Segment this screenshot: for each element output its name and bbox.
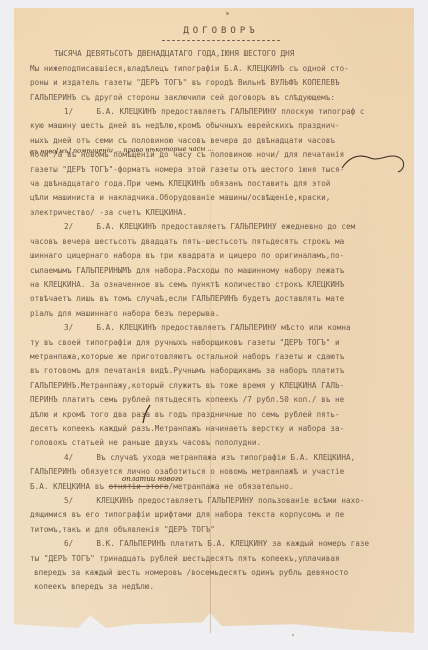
clause-1-line: цѣли машиниста и накладчика.Оборудованiе… [30, 191, 412, 205]
clause-number: 6/ [64, 539, 73, 548]
clause-2-line: шиннаго цицернаго набора въ три квадрата… [30, 249, 412, 263]
clause-3-line: 3/ Б.А. КЛЕЦКИНЪ предоставляетъ ГАЛЬПЕРИ… [30, 321, 412, 335]
clause-2-line: на КЛЕЦКИНА. За означенное въ семъ пункт… [30, 278, 412, 292]
clause-number: 5/ [64, 496, 73, 505]
clause-number: 4/ [64, 453, 73, 462]
preamble-line: Мы нижеподписавшiеся,владѣлецъ типографi… [30, 62, 412, 76]
clause-3-line: ПЕРИНЪ платитъ семь рублей пятьдесятъ ко… [30, 393, 412, 407]
clause-2-line: сылаемымъ ГАЛЬПЕРИНЫМЪ для набора.Расход… [30, 264, 412, 278]
date-line: ТЫСЯЧА ДЕВЯТЬСОТЪ ДВЕНАДЦАТАГО ГОДА,IЮНЯ… [30, 47, 412, 61]
clause-number: 3/ [64, 323, 73, 332]
clause-2-line: часовъ вечера шестьсотъ двадцать пять-ше… [30, 235, 412, 249]
clause-6-line: 6/ В.К. ГАЛЬПЕРИНЪ платитъ Б.А. КЛЕЦКИНУ… [30, 537, 412, 551]
clause-2-line: 2/ Б.А. КЛЕЦКИНЪ предоставляетъ ГАЛЬПЕРИ… [30, 220, 412, 234]
handwritten-correction-mark [140, 403, 154, 425]
preamble-line: ГАЛЬПЕРИНЪ съ другой стороны заключили с… [30, 91, 412, 105]
clause-3-line: головокъ статьей не раньше двухъ часовъ … [30, 436, 412, 450]
clause-1-line: кую машину шесть дней въ недѣлю,кромѣ об… [30, 119, 412, 133]
clause-2-line: отвѣчаетъ лишь въ томъ случаѣ,если ГАЛЬП… [30, 292, 412, 306]
clause-5-line: 5/ КЛЕЦКИНЪ предоставляетъ ГАЛЬПЕРИНУ по… [30, 494, 412, 508]
title-underline [162, 40, 280, 41]
document-body: ДОГОВОРЪ ТЫСЯЧА ДЕВЯТЬСОТЪ ДВЕНАДЦАТАГО … [30, 24, 412, 595]
clause-1-line: ча двѣнадцатаго года.При чемъ КЛЕЦКИНЪ о… [30, 177, 412, 191]
handwritten-insert: оплатии нового [122, 472, 183, 486]
clause-3-line: метранпажа,которые же приготовляютъ оста… [30, 350, 412, 364]
clause-2-line: рiалъ для машиннаго набора безъ перерыва… [30, 307, 412, 321]
clause-1-line: электричество/ -за счетъ КЛЕЦКИНА. [30, 206, 412, 220]
clause-6-line: копеекъ впередъ за недѣлю. [30, 580, 412, 594]
clause-4-line: ГАЛЬПЕРИНЪ обязуется лично озаботиться о… [30, 465, 412, 479]
clause-number: 2/ [64, 222, 73, 231]
clause-3-line: въ готовомъ для печатанiя видѣ.Ручнымъ н… [30, 364, 412, 378]
clause-5-line: дящимися въ его типографiи шрифтами для … [30, 508, 412, 522]
preamble-line: роны и издатель газеты "ДЕРЪ ТОГЪ" въ го… [30, 76, 412, 90]
clause-3-line: десятъ копеекъ каждый разъ.Метранпажъ на… [30, 422, 412, 436]
ink-spot [226, 12, 229, 15]
document-title: ДОГОВОРЪ [30, 24, 412, 38]
ink-spot [292, 634, 294, 636]
clause-3-line: ту въ своей типографiи для ручныхъ набор… [30, 336, 412, 350]
clause-6-line: впередъ за каждый шесть номеровъ /восемь… [30, 566, 412, 580]
clause-4-line: Б.А. КЛЕЦКИНА въ отнятiи этого/метранпаж… [30, 480, 412, 494]
clause-3-line: ГАЛЬПЕРИНЪ.Метранпажу,который служитъ въ… [30, 379, 412, 393]
clause-3-line: дѣлю и кромѣ того два раза въ годъ празд… [30, 408, 412, 422]
clause-5-line: титомъ,такъ и для объявленiя "ДЕРЪ ТОГЪ" [30, 523, 412, 537]
clause-6-line: ты "ДЕРЪ ТОГЪ" тринадцать рублей шестьде… [30, 552, 412, 566]
handwritten-bracket-mark [340, 146, 410, 176]
clause-4-line: 4/ Въ случаѣ ухода метранпажа изъ типогр… [30, 451, 412, 465]
clause-number: 1/ [64, 107, 73, 116]
scan-canvas: ДОГОВОРЪ ТЫСЯЧА ДЕВЯТЬСОТЪ ДВЕНАДЦАТАГО … [0, 0, 428, 650]
clause-1-line: 1/ Б.А. КЛЕЦКИНЪ предоставляетъ ГАЛЬПЕРИ… [30, 105, 412, 119]
